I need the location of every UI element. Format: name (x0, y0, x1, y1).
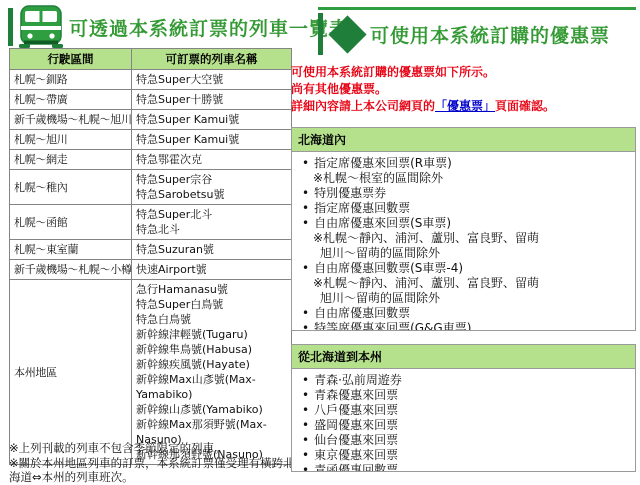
ticket-label: 青森·弘前周遊券 (314, 373, 402, 387)
ticket-item: •自由席優惠回數票(S車票-4)※札幌〜靜內、浦河、蘆別、富良野、留萌旭川〜留萌… (298, 261, 629, 306)
route-section-cell: 札幌〜稚內 (10, 170, 132, 205)
right-title: 可使用本系統訂購的優惠票 (370, 21, 610, 48)
left-title: 可透過本系統訂票的列車一覽表 (69, 14, 349, 41)
train-icon (18, 5, 64, 49)
route-section-cell: 札幌〜帶廣 (10, 90, 132, 110)
route-section-cell: 札幌〜釧路 (10, 70, 132, 90)
ticket-label: 盛岡優惠來回票 (314, 418, 398, 432)
ticket-label: 青函優惠回數票 (314, 463, 398, 472)
footnotes: ※上列刊載的列車不包含季節限定的列車。 ※關於本州地區列車的訂票，本系統訂票僅受… (9, 441, 301, 485)
bullet-icon: • (302, 156, 309, 171)
footnote-2: ※關於本州地區列車的訂票，本系統訂票僅受理有橫跨北海道⇔本州的列車班次。 (9, 456, 301, 485)
table-row: 札幌〜旭川特急Super Kamui號 (10, 130, 292, 150)
ticket-item: •自由席優惠來回票(S車票)※札幌〜靜內、浦河、蘆別、富良野、留萌旭川〜留萌的區… (298, 216, 629, 261)
diamond-icon (328, 15, 366, 53)
ticket-label: 東京優惠來回票 (314, 448, 398, 462)
ticket-label: 自由席優惠來回票(S車票) (314, 216, 451, 230)
bullet-icon: • (302, 216, 309, 231)
train-table-body: 札幌〜釧路特急Super大空號札幌〜帶廣特急Super十勝號新千歲機場〜札幌〜旭… (10, 70, 292, 465)
notice-text: 可使用本系統訂購的優惠票如下所示。 尚有其他優惠票。 詳細內容請上本公司網頁的「… (291, 64, 555, 115)
table-row: 本州地區急行Hamanasu號特急Super白鳥號特急白鳥號新幹線津輕號(Tug… (10, 280, 292, 465)
train-names-cell: 快速Airport號 (132, 260, 292, 280)
ticket-item: •青函優惠回數票 (298, 463, 629, 472)
bullet-icon: • (302, 403, 309, 418)
ticket-note: 旭川〜留萌的區間除外 (298, 291, 629, 306)
route-section-cell: 札幌〜東室蘭 (10, 240, 132, 260)
bullet-icon: • (302, 306, 309, 321)
ticket-label: 自由席優惠回數票(S車票-4) (314, 261, 463, 275)
ticket-label: 特別優惠票券 (314, 186, 386, 200)
ticket-item: •自由席優惠回數票 (298, 306, 629, 321)
ticket-item: •八戶優惠來回票 (298, 403, 629, 418)
route-section-cell: 札幌〜函館 (10, 205, 132, 240)
ticket-note: ※札幌〜根室的區間除外 (298, 171, 629, 186)
ticket-item: •青森優惠來回票 (298, 388, 629, 403)
route-section-cell: 新千歲機場〜札幌〜旭川 (10, 110, 132, 130)
ticket-note: 旭川〜留萌的區間除外 (298, 246, 629, 261)
route-section-cell: 札幌〜網走 (10, 150, 132, 170)
train-names-cell: 特急Super北斗特急北斗 (132, 205, 292, 240)
notice-line-3: 詳細內容請上本公司網頁的「優惠票」頁面確認。 (291, 98, 555, 115)
ticket-label: 指定席優惠回數票 (314, 201, 410, 215)
bullet-icon: • (302, 321, 309, 331)
ticket-box-hokkaido: 北海道內 •指定席優惠來回票(R車票)※札幌〜根室的區間除外•特別優惠票券•指定… (291, 127, 636, 331)
train-names-cell: 特急Super宗谷特急Sarobetsu號 (132, 170, 292, 205)
table-row: 札幌〜釧路特急Super大空號 (10, 70, 292, 90)
ticket-label: 自由席優惠回數票 (314, 306, 410, 320)
ticket-item: •指定席優惠回數票 (298, 201, 629, 216)
ticket-label: 指定席優惠來回票(R車票) (314, 156, 452, 170)
green-bar-icon (8, 8, 13, 46)
table-row: 札幌〜帶廣特急Super十勝號 (10, 90, 292, 110)
page: 可透過本系統訂票的列車一覽表 行駛區間 可訂票的列車名稱 札幌〜釧路特急Supe… (0, 0, 640, 485)
ticket-label: 青森優惠來回票 (314, 388, 398, 402)
train-names-cell: 急行Hamanasu號特急Super白鳥號特急白鳥號新幹線津輕號(Tugaru)… (132, 280, 292, 465)
table-row: 新千歲機場〜札幌〜小樽快速Airport號 (10, 260, 292, 280)
train-names-cell: 特急Super大空號 (132, 70, 292, 90)
bullet-icon: • (302, 433, 309, 448)
ticket-item: •青森·弘前周遊券 (298, 373, 629, 388)
ticket-label: 特等席優惠來回票(G&G車票) (314, 321, 471, 331)
route-section-cell: 札幌〜旭川 (10, 130, 132, 150)
notice-line-1: 可使用本系統訂購的優惠票如下所示。 (291, 64, 555, 81)
table-header-row: 行駛區間 可訂票的列車名稱 (10, 49, 292, 70)
bullet-icon: • (302, 388, 309, 403)
bullet-icon: • (302, 463, 309, 472)
notice-line3-post: 頁面確認。 (495, 99, 555, 113)
bullet-icon: • (302, 373, 309, 388)
train-names-cell: 特急鄂霍次克 (132, 150, 292, 170)
box-header: 北海道內 (292, 128, 635, 152)
notice-line3-pre: 詳細內容請上本公司網頁的 (291, 99, 435, 113)
col-header-trains: 可訂票的列車名稱 (132, 49, 292, 70)
ticket-item: •特等席優惠來回票(G&G車票) (298, 321, 629, 331)
table-row: 札幌〜網走特急鄂霍次克 (10, 150, 292, 170)
train-names-cell: 特急Suzuran號 (132, 240, 292, 260)
right-header: 可使用本系統訂購的優惠票 (318, 12, 610, 56)
route-section-cell: 本州地區 (10, 280, 132, 465)
ticket-label: 仙台優惠來回票 (314, 433, 398, 447)
bullet-icon: • (302, 418, 309, 433)
train-names-cell: 特急Super Kamui號 (132, 130, 292, 150)
ticket-item: •東京優惠來回票 (298, 448, 629, 463)
footnote-1: ※上列刊載的列車不包含季節限定的列車。 (9, 441, 301, 456)
discount-ticket-link[interactable]: 「優惠票」 (435, 99, 495, 113)
green-bar-icon (318, 13, 323, 55)
table-row: 札幌〜函館特急Super北斗特急北斗 (10, 205, 292, 240)
train-table: 行駛區間 可訂票的列車名稱 札幌〜釧路特急Super大空號札幌〜帶廣特急Supe… (9, 48, 292, 465)
ticket-label: 八戶優惠來回票 (314, 403, 398, 417)
table-row: 札幌〜東室蘭特急Suzuran號 (10, 240, 292, 260)
route-section-cell: 新千歲機場〜札幌〜小樽 (10, 260, 132, 280)
bullet-icon: • (302, 186, 309, 201)
green-rule (318, 7, 636, 10)
bullet-icon: • (302, 448, 309, 463)
ticket-note: ※札幌〜靜內、浦河、蘆別、富良野、留萌 (298, 276, 629, 291)
notice-line-2: 尚有其他優惠票。 (291, 81, 555, 98)
box-header: 從北海道到本州 (292, 345, 635, 369)
ticket-item: •仙台優惠來回票 (298, 433, 629, 448)
col-header-section: 行駛區間 (10, 49, 132, 70)
table-row: 札幌〜稚內特急Super宗谷特急Sarobetsu號 (10, 170, 292, 205)
ticket-item: •盛岡優惠來回票 (298, 418, 629, 433)
table-row: 新千歲機場〜札幌〜旭川特急Super Kamui號 (10, 110, 292, 130)
ticket-note: ※札幌〜靜內、浦河、蘆別、富良野、留萌 (298, 231, 629, 246)
ticket-item: •特別優惠票券 (298, 186, 629, 201)
train-names-cell: 特急Super十勝號 (132, 90, 292, 110)
train-names-cell: 特急Super Kamui號 (132, 110, 292, 130)
ticket-list: •指定席優惠來回票(R車票)※札幌〜根室的區間除外•特別優惠票券•指定席優惠回數… (292, 156, 635, 331)
bullet-icon: • (302, 201, 309, 216)
ticket-list: •青森·弘前周遊券•青森優惠來回票•八戶優惠來回票•盛岡優惠來回票•仙台優惠來回… (292, 373, 635, 472)
bullet-icon: • (302, 261, 309, 276)
ticket-box-honshu: 從北海道到本州 •青森·弘前周遊券•青森優惠來回票•八戶優惠來回票•盛岡優惠來回… (291, 344, 636, 472)
left-header: 可透過本系統訂票的列車一覽表 (8, 5, 349, 49)
ticket-item: •指定席優惠來回票(R車票)※札幌〜根室的區間除外 (298, 156, 629, 186)
